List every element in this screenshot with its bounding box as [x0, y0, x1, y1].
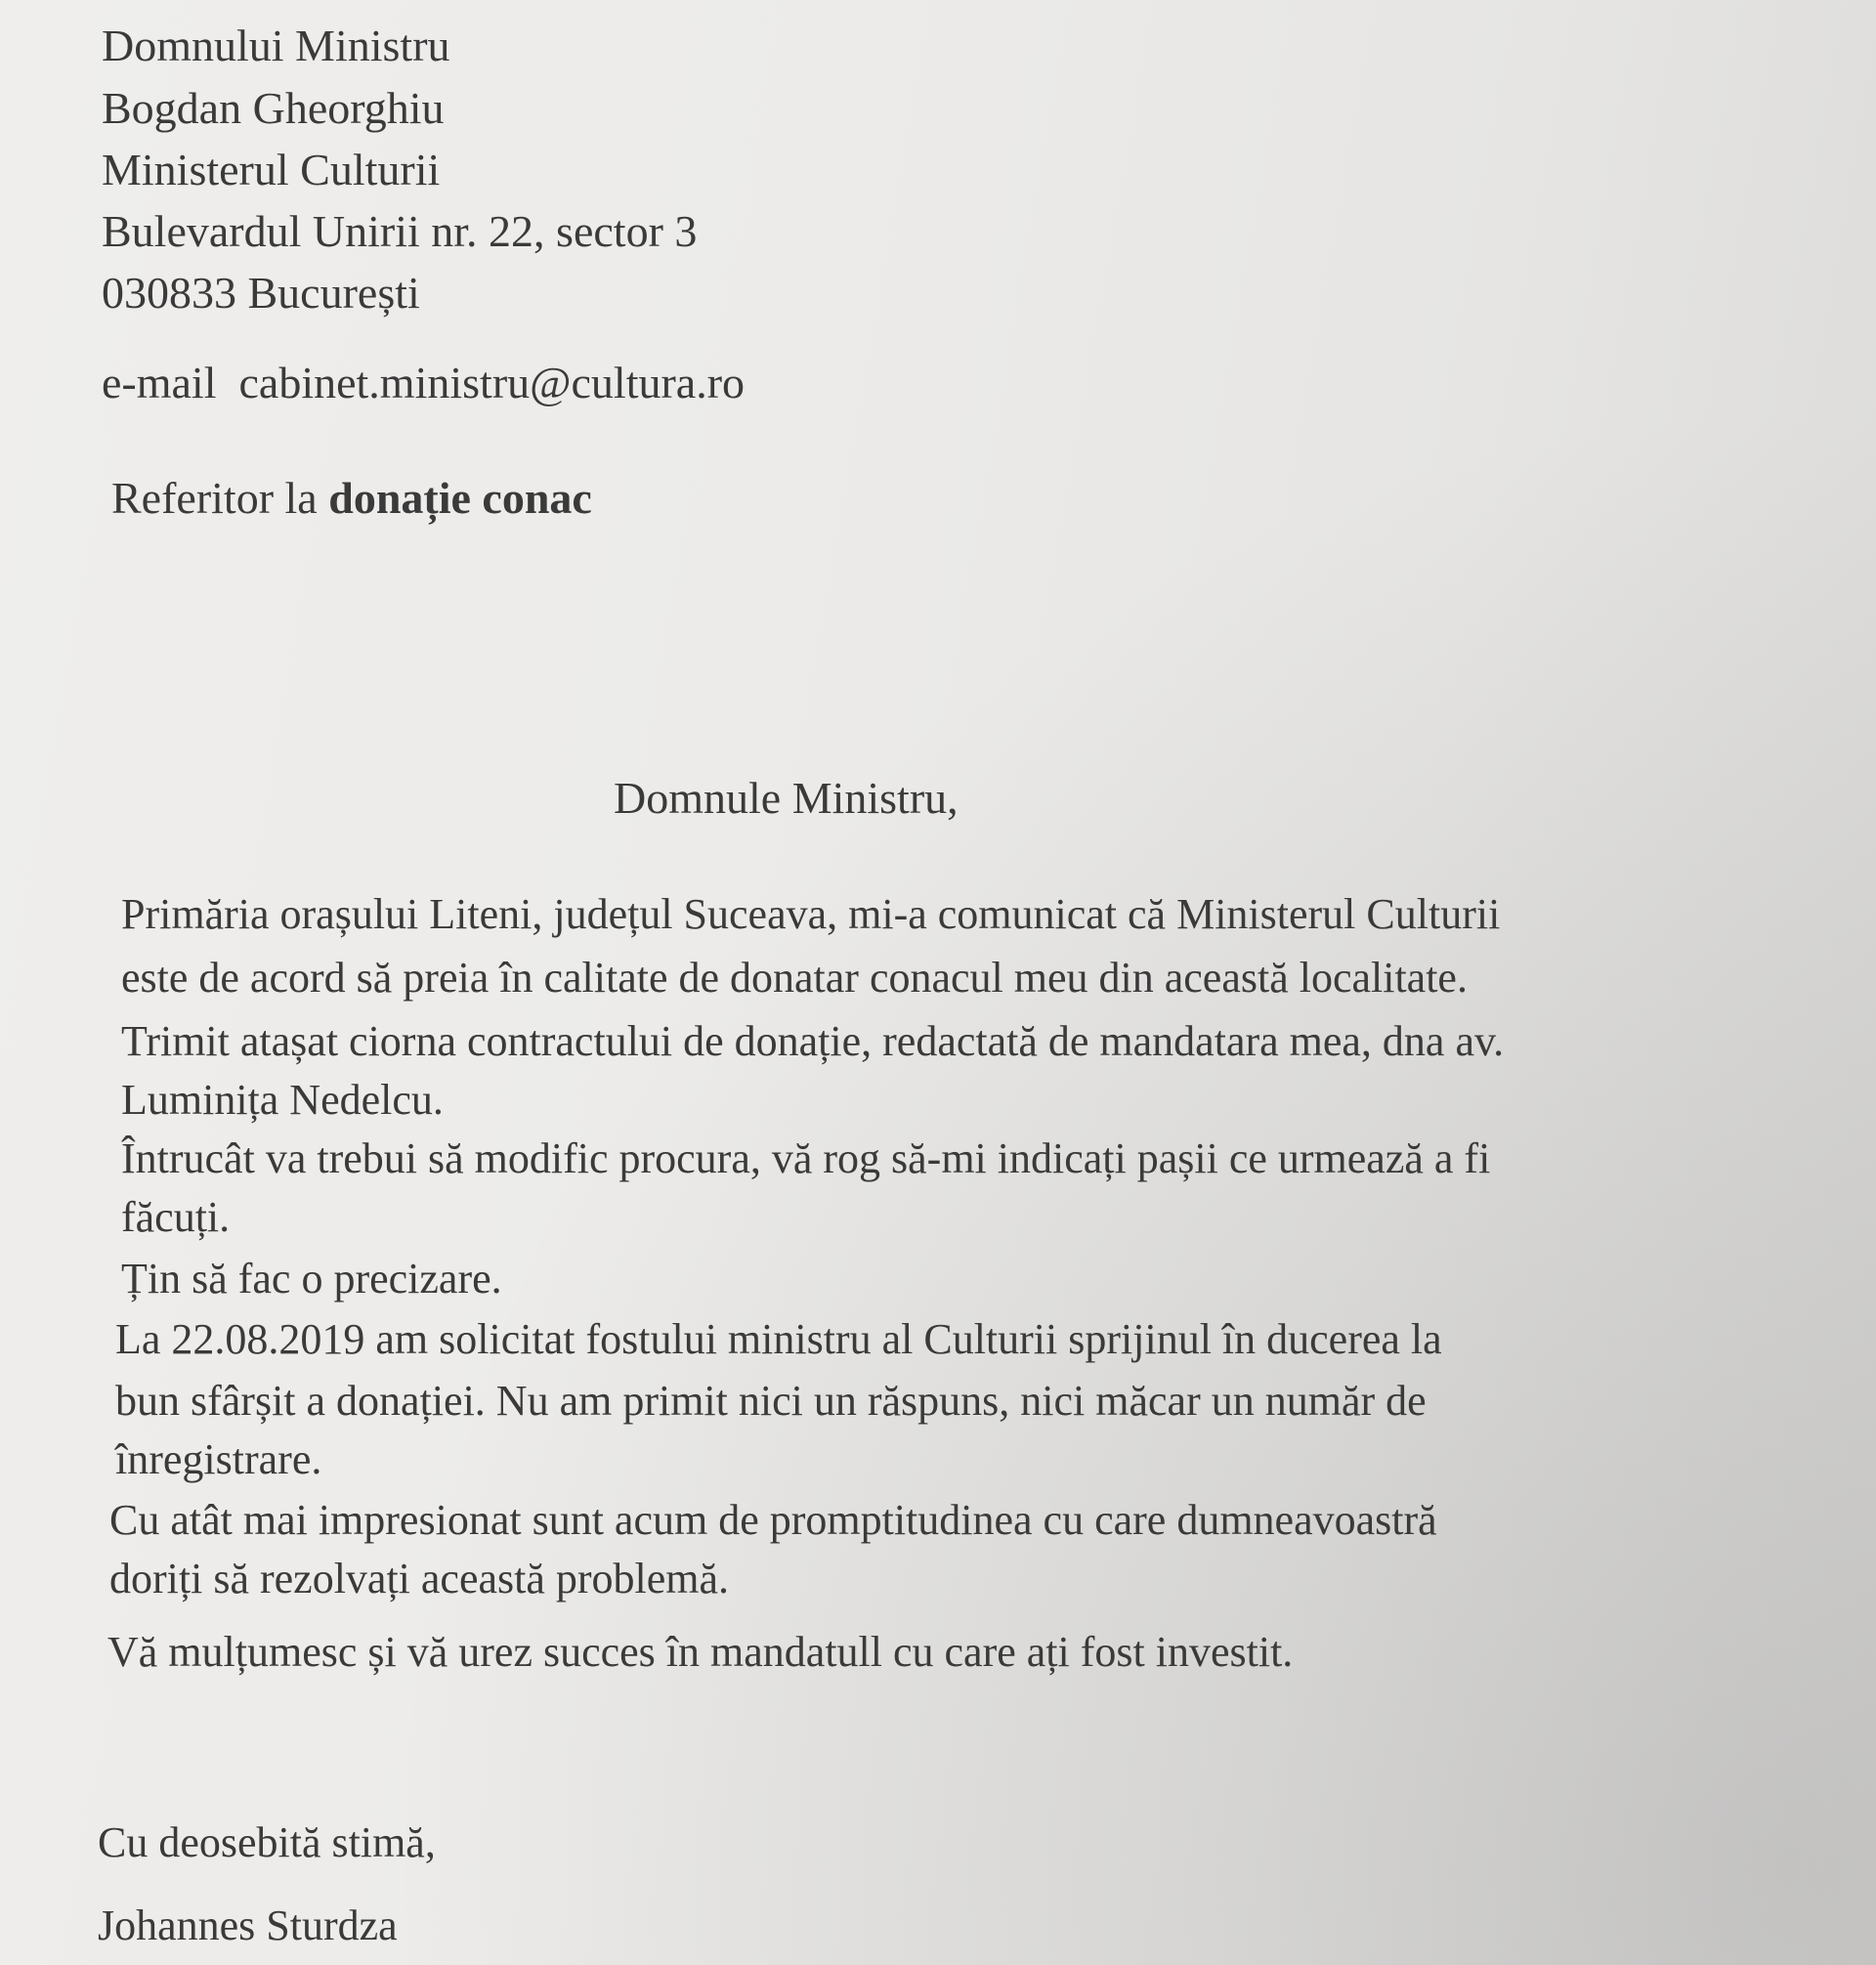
body-line: Trimit atașat ciorna contractului de don…: [121, 1016, 1504, 1066]
signature: Johannes Sturdza: [98, 1901, 398, 1950]
recipient-line: 030833 București: [102, 267, 420, 319]
body-line: Întrucât va trebui să modific procura, v…: [121, 1133, 1490, 1183]
body-line: Țin să fac o precizare.: [121, 1254, 502, 1303]
body-line: făcuți.: [121, 1192, 230, 1242]
body-line: este de acord să preia în calitate de do…: [121, 953, 1468, 1003]
recipient-line: Bulevardul Unirii nr. 22, sector 3: [102, 205, 697, 257]
body-line: Cu atât mai impresionat sunt acum de pro…: [109, 1495, 1437, 1545]
email-label: e-mail: [102, 358, 217, 407]
subject-topic: donație conac: [328, 473, 592, 523]
body-line: bun sfârșit a donației. Nu am primit nic…: [115, 1376, 1427, 1426]
email-row: e-mail cabinet.ministru@cultura.ro: [102, 357, 745, 408]
closing: Cu deosebită stimă,: [98, 1817, 436, 1867]
body-line: Primăria orașului Liteni, județul Suceav…: [121, 889, 1500, 939]
thanks-line: Vă mulțumesc și vă urez succes în mandat…: [107, 1627, 1293, 1677]
subject-prefix: Referitor la: [111, 473, 318, 523]
recipient-line: Ministerul Culturii: [102, 144, 440, 195]
salutation: Domnule Ministru,: [614, 772, 959, 824]
recipient-line: Bogdan Gheorghiu: [102, 82, 445, 134]
email-link[interactable]: cabinet.ministru@cultura.ro: [239, 358, 746, 407]
body-line: înregistrare.: [115, 1434, 321, 1484]
body-line: Luminița Nedelcu.: [121, 1075, 444, 1125]
body-line: doriți să rezolvați această problemă.: [109, 1554, 729, 1603]
subject-line: Referitor la donație conac: [111, 472, 592, 524]
body-line: La 22.08.2019 am solicitat fostului mini…: [115, 1314, 1442, 1364]
recipient-line: Domnului Ministru: [102, 20, 450, 71]
